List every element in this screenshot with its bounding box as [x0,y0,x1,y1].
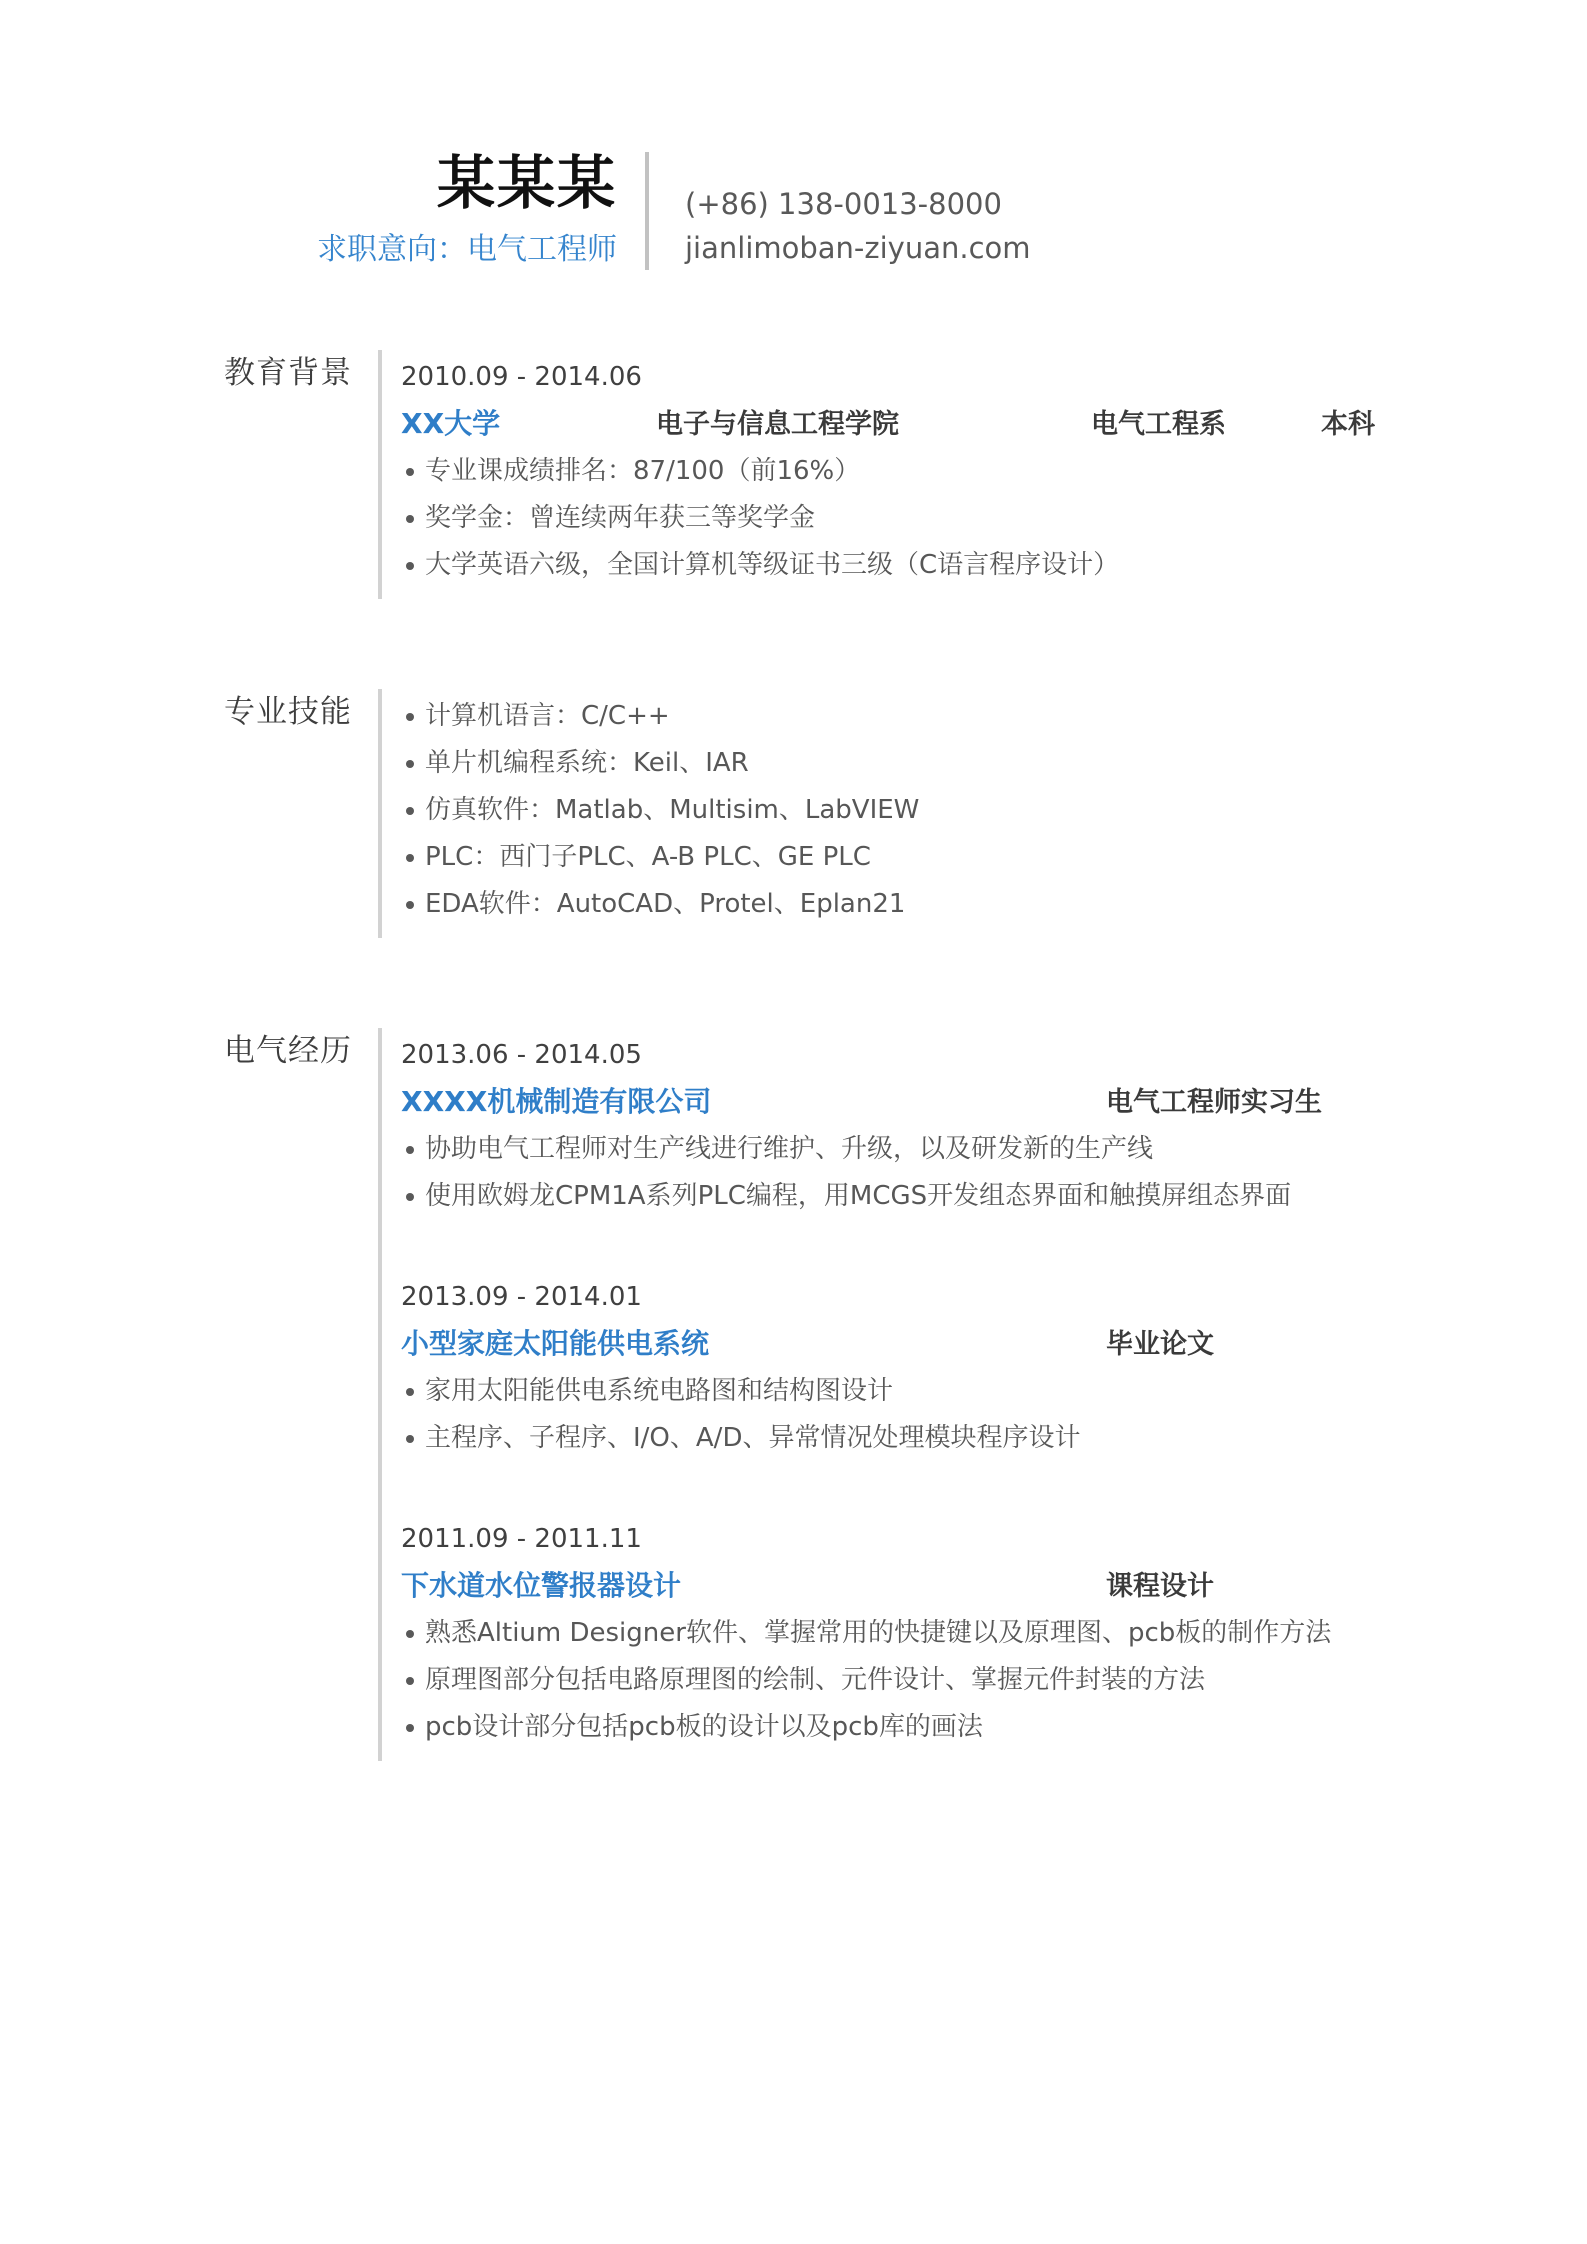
experience-bullet: 原理图部分包括电路原理图的绘制、元件设计、掌握元件封装的方法 [401,1657,1447,1704]
website-link[interactable]: jianlimoban-ziyuan.com [685,226,1031,270]
skills-body: 计算机语言：C/C++ 单片机编程系统：Keil、IAR 仿真软件：Matlab… [378,689,1447,938]
school-name: XX大学 [401,400,656,447]
education-heading-row: XX大学 电子与信息工程学院 电气工程系 本科 [401,400,1447,448]
skill-bullet: EDA软件：AutoCAD、Protel、Eplan21 [401,881,1447,928]
experience-entry: 2013.06 - 2014.05 XXXX机械制造有限公司 电气工程师实习生 … [401,1032,1447,1220]
section-title-experience: 电气经历 [0,1028,352,1074]
experience-entry: 2013.09 - 2014.01 小型家庭太阳能供电系统 毕业论文 家用太阳能… [401,1274,1447,1462]
skill-bullet: PLC：西门子PLC、A-B PLC、GE PLC [401,834,1447,881]
entry-heading-row: 下水道水位警报器设计 课程设计 [401,1562,1447,1610]
section-skills: 专业技能 计算机语言：C/C++ 单片机编程系统：Keil、IAR 仿真软件：M… [0,689,1587,938]
entry-role: 毕业论文 [1106,1321,1447,1368]
education-bullet: 奖学金：曾连续两年获三等奖学金 [401,495,1447,542]
project-name: 下水道水位警报器设计 [401,1562,1106,1609]
experience-entry: 2011.09 - 2011.11 下水道水位警报器设计 课程设计 熟悉Alti… [401,1516,1447,1751]
job-objective: 求职意向：电气工程师 [0,230,617,270]
experience-bullet: 熟悉Altium Designer软件、掌握常用的快捷键以及原理图、pcb板的制… [401,1610,1447,1657]
college-name: 电子与信息工程学院 [656,401,1091,448]
resume-page: 某某某 求职意向：电气工程师 (+86) 138-0013-8000 jianl… [0,0,1587,2244]
entry-role: 电气工程师实习生 [1106,1079,1447,1126]
company-name: XXXX机械制造有限公司 [401,1078,1106,1125]
experience-bullet: 使用欧姆龙CPM1A系列PLC编程，用MCGS开发组态界面和触摸屏组态界面 [401,1173,1447,1220]
header-divider-rule [645,152,649,270]
experience-body: 2013.06 - 2014.05 XXXX机械制造有限公司 电气工程师实习生 … [378,1028,1447,1761]
skill-bullet: 单片机编程系统：Keil、IAR [401,740,1447,787]
department-name: 电气工程系 [1091,401,1321,448]
phone-number: (+86) 138-0013-8000 [685,182,1031,226]
experience-bullet: 协助电气工程师对生产线进行维护、升级，以及研发新的生产线 [401,1126,1447,1173]
experience-bullet: pcb设计部分包括pcb板的设计以及pcb库的画法 [401,1704,1447,1751]
section-title-education: 教育背景 [0,350,352,396]
project-name: 小型家庭太阳能供电系统 [401,1320,1106,1367]
experience-bullet: 家用太阳能供电系统电路图和结构图设计 [401,1368,1447,1415]
section-education: 教育背景 2010.09 - 2014.06 XX大学 电子与信息工程学院 电气… [0,350,1587,599]
entry-date-range: 2013.06 - 2014.05 [401,1032,1447,1078]
entry-date-range: 2011.09 - 2011.11 [401,1516,1447,1562]
header-contact: (+86) 138-0013-8000 jianlimoban-ziyuan.c… [685,152,1031,270]
degree-level: 本科 [1321,401,1447,448]
education-body: 2010.09 - 2014.06 XX大学 电子与信息工程学院 电气工程系 本… [378,350,1447,599]
skill-bullet: 仿真软件：Matlab、Multisim、LabVIEW [401,787,1447,834]
entry-date-range: 2013.09 - 2014.01 [401,1274,1447,1320]
skill-bullet: 计算机语言：C/C++ [401,693,1447,740]
section-experience: 电气经历 2013.06 - 2014.05 XXXX机械制造有限公司 电气工程… [0,1028,1587,1761]
education-bullet: 大学英语六级，全国计算机等级证书三级（C语言程序设计） [401,542,1447,589]
resume-header: 某某某 求职意向：电气工程师 (+86) 138-0013-8000 jianl… [0,0,1587,270]
entry-heading-row: XXXX机械制造有限公司 电气工程师实习生 [401,1078,1447,1126]
header-identity: 某某某 求职意向：电气工程师 [0,152,617,270]
entry-heading-row: 小型家庭太阳能供电系统 毕业论文 [401,1320,1447,1368]
entry-role: 课程设计 [1106,1563,1447,1610]
person-name: 某某某 [0,152,617,216]
education-date-range: 2010.09 - 2014.06 [401,354,1447,400]
education-bullet: 专业课成绩排名：87/100（前16%） [401,448,1447,495]
section-title-skills: 专业技能 [0,689,352,735]
experience-bullet: 主程序、子程序、I/O、A/D、异常情况处理模块程序设计 [401,1415,1447,1462]
